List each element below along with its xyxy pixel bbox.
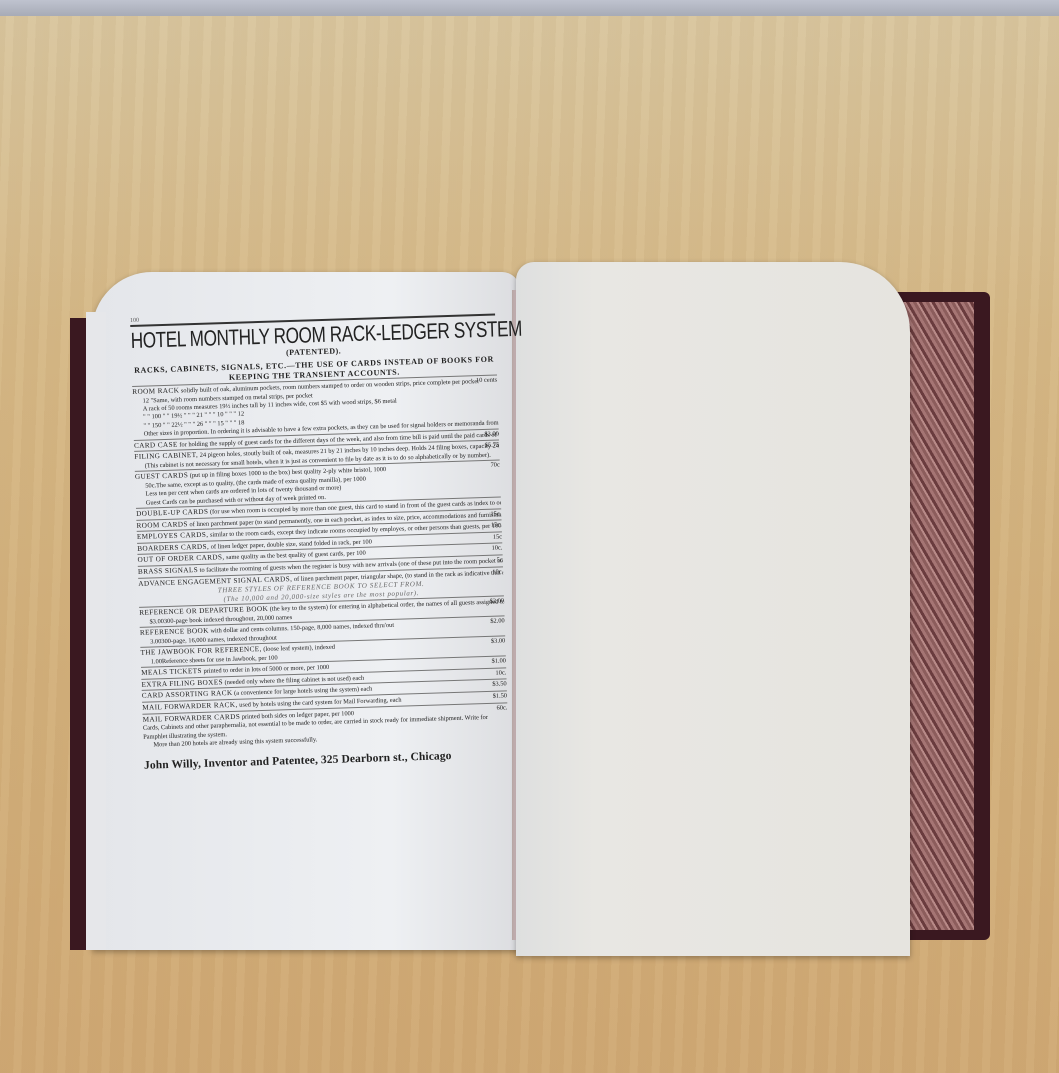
item-price: 3.00: [150, 638, 161, 645]
underlying-page-edge: [86, 312, 106, 950]
item-price: 15c: [493, 533, 502, 542]
item-name: OUT OF ORDER CARDS,: [137, 554, 224, 565]
item-price: 1.00: [151, 658, 162, 665]
item-price: $3.00: [491, 638, 506, 647]
right-page-blank: [516, 262, 910, 956]
item-price: 10c.: [495, 669, 506, 678]
item-price: $1.00: [491, 658, 506, 667]
item-name: CARD ASSORTING RACK: [142, 689, 233, 700]
item-name: BOARDERS CARDS,: [137, 542, 209, 552]
item-name: ROOM RACK: [132, 386, 179, 395]
item-name: REFERENCE BOOK: [140, 627, 209, 637]
item-name: EXTRA FILING BOXES: [141, 678, 223, 689]
item-price: $1.50: [493, 692, 508, 701]
item-name: FILING CABINET,: [134, 451, 198, 461]
item-name: MEALS TICKETS: [141, 667, 202, 677]
item-name: EMPLOYES CARDS,: [137, 531, 209, 541]
item-name: ROOM CARDS: [136, 520, 188, 530]
item-price: $3.50: [492, 681, 507, 690]
item-price: $2.00: [490, 618, 505, 627]
item-name: BRASS SIGNALS: [138, 566, 198, 576]
item-name: CARD CASE: [134, 440, 178, 449]
price-list: ROOM RACK 10 centssolidly built of oak, …: [132, 375, 503, 590]
item-name: GUEST CARDS: [135, 471, 188, 481]
item-price: 12 ": [142, 397, 153, 404]
wall-background: [0, 0, 1059, 16]
item-price: $3.00: [149, 618, 164, 625]
reference-price-list: REFERENCE OR DEPARTURE BOOK $2.00(the ke…: [139, 596, 508, 725]
item-price: 60c.: [496, 704, 507, 713]
item-price: 70c: [490, 462, 499, 471]
item-name: MAIL FORWARDER RACK,: [142, 701, 238, 712]
item-name: DOUBLE-UP CARDS: [136, 508, 208, 518]
item-price: 10c.: [491, 545, 502, 554]
item-price: 50c.: [145, 482, 156, 489]
left-page-content: 100 HOTEL MONTHLY ROOM RACK-LEDGER SYSTE…: [130, 307, 509, 773]
item-description: (loose leaf system), indexed: [263, 644, 335, 653]
